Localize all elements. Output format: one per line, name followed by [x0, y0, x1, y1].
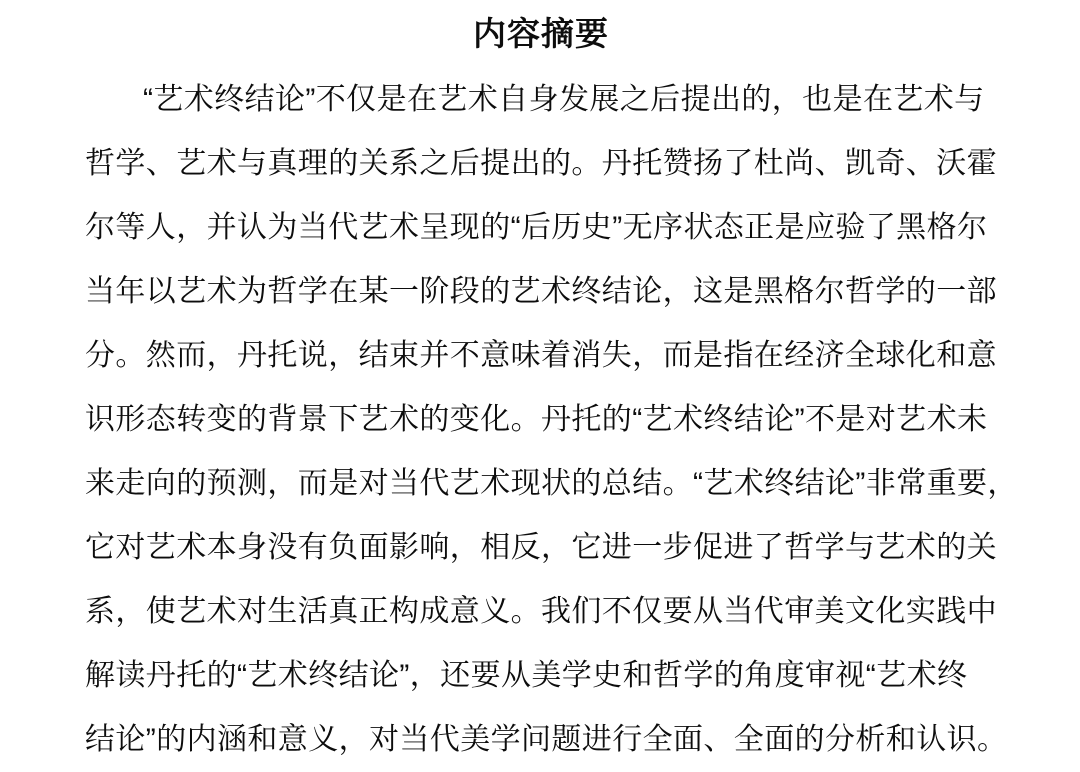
paragraph-line: 当年以艺术为哲学在某一阶段的艺术终结论，这是黑格尔哲学的一部	[85, 260, 997, 324]
paragraph-line: 哲学、艺术与真理的关系之后提出的。丹托赞扬了杜尚、凯奇、沃霍	[85, 132, 997, 196]
document-page: 内容摘要 “艺术终结论”不仅是在艺术自身发展之后提出的，也是在艺术与 哲学、艺术…	[0, 0, 1080, 772]
abstract-paragraph: “艺术终结论”不仅是在艺术自身发展之后提出的，也是在艺术与 哲学、艺术与真理的关…	[85, 68, 997, 772]
paragraph-line: 解读丹托的“艺术终结论”，还要从美学史和哲学的角度审视“艺术终	[85, 644, 997, 708]
paragraph-line: “艺术终结论”不仅是在艺术自身发展之后提出的，也是在艺术与	[85, 68, 997, 132]
paragraph-line: 系，使艺术对生活真正构成意义。我们不仅要从当代审美文化实践中	[85, 580, 997, 644]
paragraph-line: 分。然而，丹托说，结束并不意味着消失，而是指在经济全球化和意	[85, 324, 997, 388]
page-title: 内容摘要	[85, 14, 997, 54]
paragraph-line: 它对艺术本身没有负面影响，相反，它进一步促进了哲学与艺术的关	[85, 516, 997, 580]
paragraph-line: 来走向的预测，而是对当代艺术现状的总结。“艺术终结论”非常重要，	[85, 452, 997, 516]
paragraph-line: 尔等人，并认为当代艺术呈现的“后历史”无序状态正是应验了黑格尔	[85, 196, 997, 260]
paragraph-line: 识形态转变的背景下艺术的变化。丹托的“艺术终结论”不是对艺术未	[85, 388, 997, 452]
paragraph-line: 结论”的内涵和意义，对当代美学问题进行全面、全面的分析和认识。	[85, 708, 997, 772]
